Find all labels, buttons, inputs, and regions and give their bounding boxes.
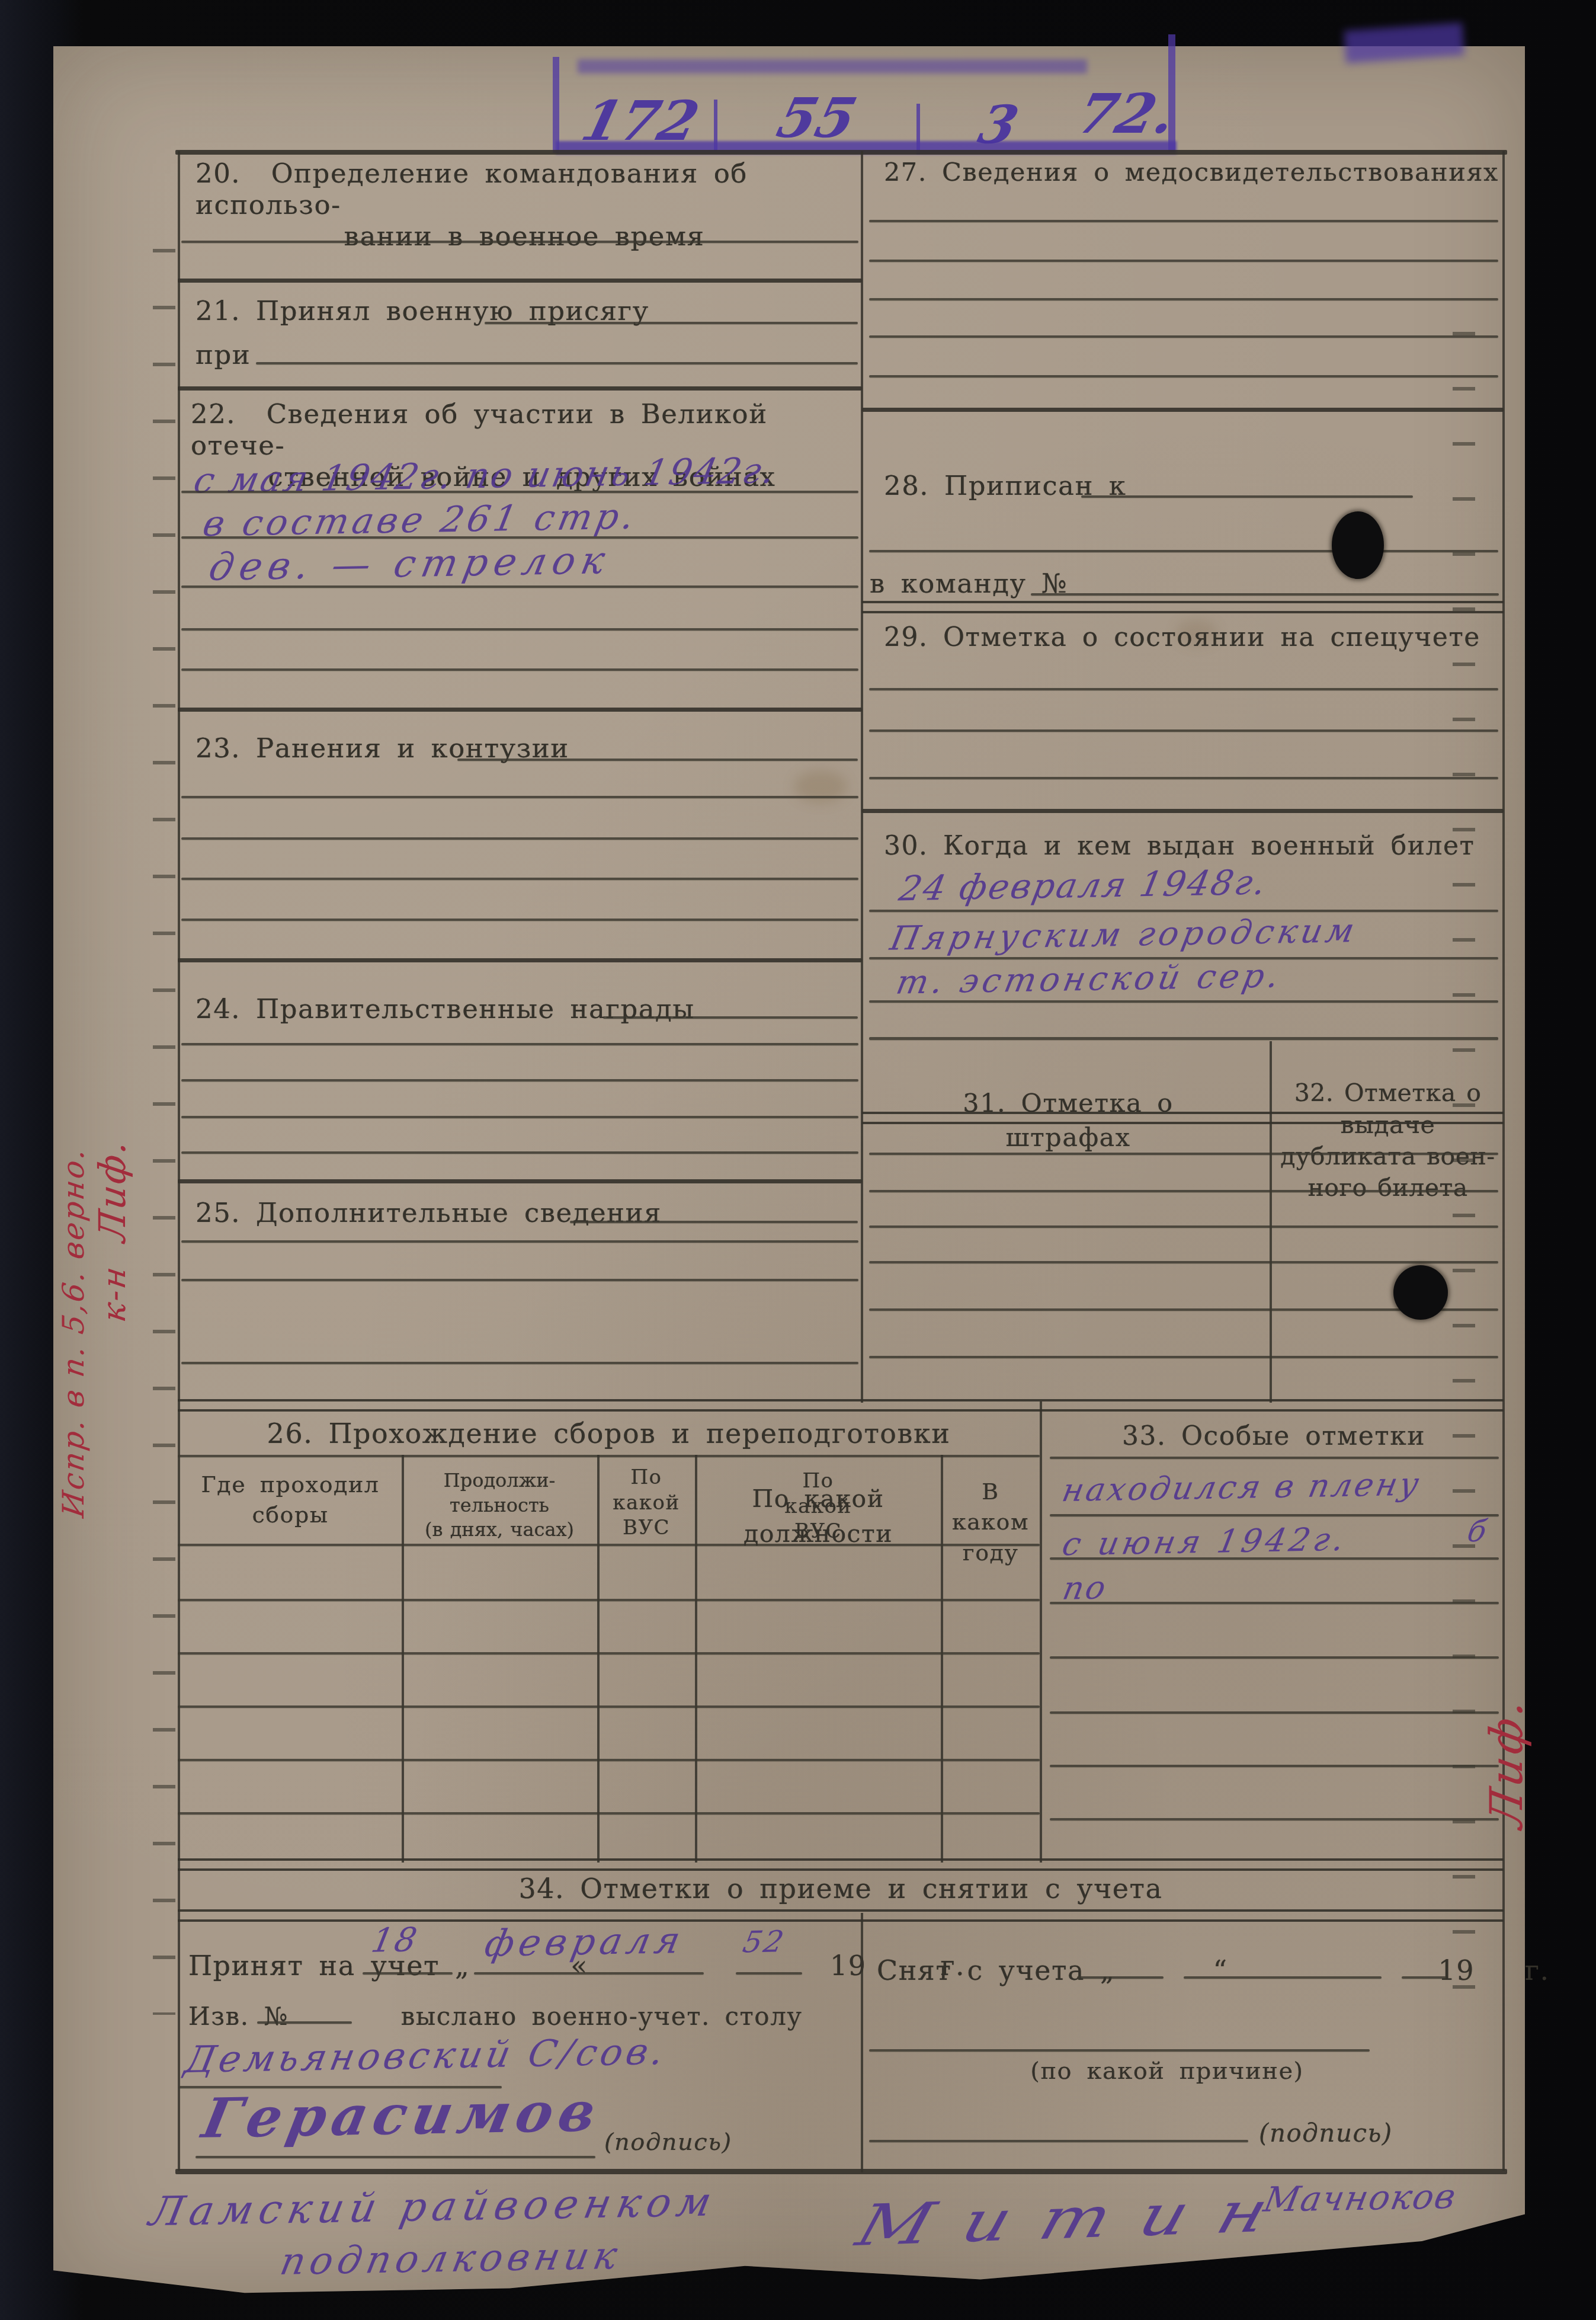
section-32-title: 32. Отметка о выдаче дубликата воен- ног… bbox=[1274, 1046, 1502, 1204]
izv-row: Изв. №выслано военно-учет. столу bbox=[188, 2002, 803, 2031]
divider-31-32 bbox=[1270, 1041, 1272, 1403]
section-20-text: Определение командования об использо- bbox=[196, 158, 748, 220]
footer-rank: подполковник bbox=[277, 2234, 626, 2284]
footer-signature-machnokov: Мачноков bbox=[1261, 2176, 1460, 2220]
section-20-number: 20. bbox=[196, 158, 241, 189]
section-25-title: 25. Дополнительные сведения bbox=[196, 1197, 662, 1228]
section-27-title: 27. Сведения о медосвидетельствованиях bbox=[884, 158, 1500, 187]
section-31-title: 31. Отметка о штрафах bbox=[868, 1052, 1268, 1155]
stamp-number-1: 172 bbox=[576, 89, 706, 153]
stamp-box-top-edge bbox=[578, 59, 1087, 73]
stamp-box-left-edge bbox=[553, 57, 559, 153]
section-30-entry-1: 24 февраля 1948г. bbox=[896, 862, 1271, 909]
sovet-entry: Демьяновский С/сов. bbox=[181, 2030, 671, 2081]
column-divider bbox=[861, 151, 863, 1403]
section-30-entry-3: т. эстонской сер. bbox=[893, 956, 1286, 1001]
removed-label: Снят с учета bbox=[877, 1954, 1085, 1986]
stamp-separator-tick bbox=[714, 100, 717, 151]
section-33-entry-1: находился в плену bbox=[1059, 1465, 1424, 1509]
accepted-month: февраля bbox=[481, 1918, 688, 1965]
section-20-text-line2: вании в военное время bbox=[196, 220, 853, 252]
commissar-signature: Герасимов bbox=[197, 2079, 607, 2151]
col-header-duration: Продолжи- тельность (в днях, часах) bbox=[404, 1468, 595, 1543]
podpis-label-right: (подпись) bbox=[1259, 2119, 1393, 2148]
section-30-title: 30. Когда и кем выдан военный билет bbox=[884, 831, 1500, 861]
section-34-title: 34. Отметки о приеме и снятии с учета bbox=[178, 1873, 1504, 1905]
hole-punch bbox=[1332, 511, 1384, 579]
reason-caption: (по какой причине) bbox=[978, 2057, 1357, 2085]
col-header-year: В каком году bbox=[943, 1477, 1038, 1568]
col-header-position-actual: По какой должности bbox=[697, 1481, 939, 1552]
section-33-entry-3: по bbox=[1060, 1569, 1111, 1607]
form-border-bottom bbox=[175, 2169, 1507, 2174]
stamp-number-2: 55 bbox=[771, 86, 863, 150]
section-22-entry-3: дев. — стрелок bbox=[206, 539, 614, 590]
section-21-pri-label: при bbox=[196, 339, 251, 370]
form-border-top bbox=[175, 150, 1507, 155]
left-edge-ticks bbox=[153, 249, 175, 2015]
left-margin-correction-note: Испр. в п. 5,6. верно. к-н Лиф. bbox=[56, 764, 134, 1517]
accepted-year: 52 bbox=[740, 1924, 788, 1959]
col-header-where: Где проходил сборы bbox=[181, 1470, 399, 1531]
hole-punch bbox=[1393, 1265, 1448, 1320]
margin-note-line2: к-н Лиф. bbox=[91, 761, 134, 1520]
section-24-title: 24. Правительственные награды bbox=[196, 993, 695, 1025]
margin-note-signature: Лиф. bbox=[91, 1137, 134, 1244]
podpis-label-left: (подпись) bbox=[604, 2129, 732, 2156]
margin-note-line1: Испр. в п. 5,6. верно. bbox=[56, 762, 91, 1519]
col-header-vus-actual: По какой ВУС bbox=[600, 1465, 693, 1541]
section-33-title: 33. Особые отметки bbox=[1046, 1421, 1502, 1451]
stamp-number-4: 72. bbox=[1072, 82, 1182, 146]
right-margin-red-signature: Лиф. bbox=[1480, 1644, 1533, 1832]
stamp-separator-tick bbox=[916, 104, 920, 155]
section-33-entry-2: с июня 1942г. bbox=[1059, 1521, 1351, 1563]
accepted-day: 18 bbox=[368, 1921, 422, 1960]
section-26-title: 26. Прохождение сборов и переподготовки bbox=[178, 1417, 1040, 1449]
section-29-title: 29. Отметка о состоянии на спецучете bbox=[884, 622, 1500, 652]
section-20-title: 20. Определение командования об использо… bbox=[196, 158, 853, 252]
divider-26-33 bbox=[1040, 1401, 1042, 1863]
removed-row: Снят с учета „“19г. bbox=[877, 1954, 1550, 1986]
